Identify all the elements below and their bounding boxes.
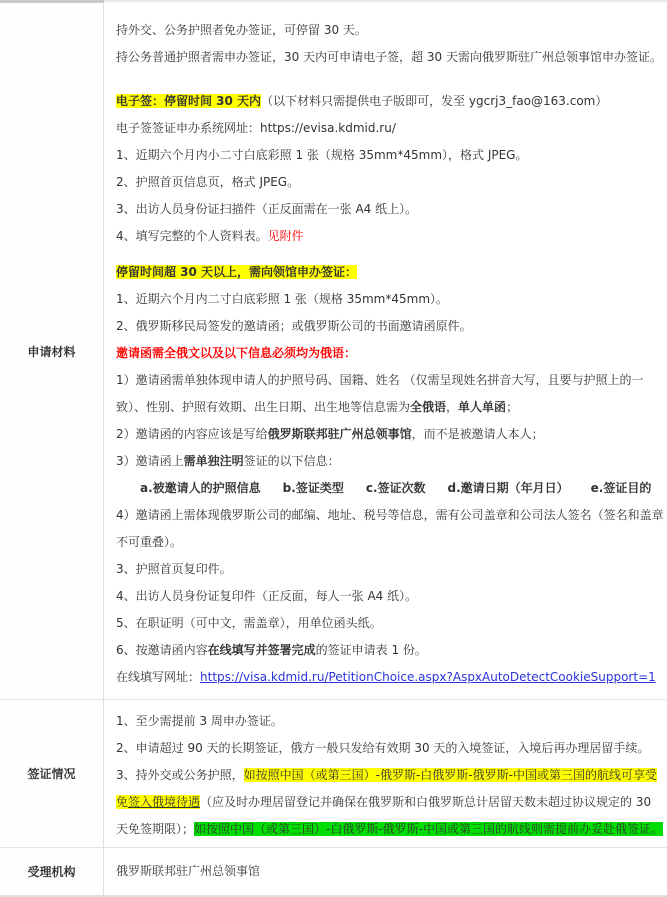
intro-line-2: 持公务普通护照者需申办签证，30 天内可申请电子签，超 30 天需向俄罗斯驻广州…	[116, 44, 665, 71]
consulate-item-1: 1、近期六个月内二寸白底彩照 1 张（规格 35mm*45mm）。	[116, 286, 665, 313]
consulate-item-2: 2、俄罗斯移民局签发的邀请函；或俄罗斯公司的书面邀请函原件。	[116, 313, 665, 340]
visa-situation-content: 1、至少需提前 3 周申办签证。 2、申请超过 90 天的长期签证，俄方一般只发…	[104, 700, 667, 847]
invitation-rule-2: 2）邀请函的内容应该是写给俄罗斯联邦驻广州总领事馆，而不是被邀请人本人；	[116, 421, 665, 448]
sublist-item-c: c.签证次数	[366, 481, 426, 495]
invitation-rule-1: 1）邀请函需单独体现申请人的护照号码、国籍、姓名 （仅需呈现姓名拼音大写，且要与…	[116, 367, 665, 421]
yellow-route-highlight-underlined: 签入俄境待遇	[128, 795, 200, 809]
sublist-item-e: e.签证目的	[591, 481, 652, 495]
accepting-agency-content: 俄罗斯联邦驻广州总领事馆	[104, 848, 667, 895]
situation-item-3: 3、持外交或公务护照，如按照中国（或第三国）-俄罗斯-白俄罗斯-俄罗斯-中国或第…	[116, 762, 665, 843]
row-label-application-materials: 申请材料	[0, 3, 104, 699]
application-materials-content: 持外交、公务护照者免办签证，可停留 30 天。 持公务普通护照者需申办签证，30…	[104, 3, 667, 699]
consulate-heading-highlight: 停留时间超 30 天以上，需向领馆申办签证：	[116, 265, 357, 279]
evisa-item-1: 1、近期六个月内小二寸白底彩照 1 张（规格 35mm*45mm），格式 JPE…	[116, 142, 665, 169]
sublist-item-d: d.邀请日期（年月日）	[448, 481, 569, 495]
visa-info-table: 申请材料 持外交、公务护照者免办签证，可停留 30 天。 持公务普通护照者需申办…	[0, 0, 667, 897]
consulate-section-heading: 停留时间超 30 天以上，需向领馆申办签证：	[116, 259, 665, 286]
consulate-item-5: 5、在职证明（可中文，需盖章），用单位函头纸。	[116, 610, 665, 637]
invitation-letter-warning: 邀请函需全俄文以及以下信息必须均为俄语：	[116, 340, 665, 367]
invitation-rule-3-sublist: a.被邀请人的护照信息b.签证类型c.签证次数d.邀请日期（年月日）e.签证目的	[116, 475, 665, 502]
evisa-item-2: 2、护照首页信息页，格式 JPEG。	[116, 169, 665, 196]
consulate-item-4: 4、出访人员身份证复印件（正反面，每人一张 A4 纸）。	[116, 583, 665, 610]
sublist-item-a: a.被邀请人的护照信息	[140, 481, 261, 495]
intro-line-1: 持外交、公务护照者免办签证，可停留 30 天。	[116, 17, 665, 44]
evisa-item-4: 4、填写完整的个人资料表。见附件	[116, 223, 665, 250]
row-label-accepting-agency: 受理机构	[0, 848, 104, 895]
green-route-highlight: 如按照中国（或第三国）-白俄罗斯-俄罗斯-中国或第三国的航线则需提前办妥赴俄签证…	[194, 822, 663, 836]
consulate-item-6: 6、按邀请函内容在线填写并签署完成的签证申请表 1 份。	[116, 637, 665, 664]
evisa-system-url-line: 电子签签证申办系统网址：https://evisa.kdmid.ru/	[116, 115, 665, 142]
online-form-link[interactable]: https://visa.kdmid.ru/PetitionChoice.asp…	[200, 670, 656, 684]
invitation-rule-3: 3）邀请函上需单独注明签证的以下信息：	[116, 448, 665, 475]
invitation-rule-4: 4）邀请函上需体现俄罗斯公司的邮编、地址、税号等信息，需有公司盖章和公司法人签名…	[116, 502, 665, 556]
spacer	[116, 71, 665, 88]
top-border-right-segment	[104, 0, 667, 2]
see-attachment-note: 见附件	[268, 229, 304, 243]
row-label-visa-situation: 签证情况	[0, 700, 104, 847]
accepting-agency-name: 俄罗斯联邦驻广州总领事馆	[116, 858, 665, 885]
sublist-item-b: b.签证类型	[283, 481, 344, 495]
situation-item-2: 2、申请超过 90 天的长期签证，俄方一般只发给有效期 30 天的入境签证，入境…	[116, 735, 665, 762]
evisa-section-heading: 电子签：停留时间 30 天内（以下材料只需提供电子版即可，发至 ygcrj3_f…	[116, 88, 665, 115]
consulate-item-3: 3、护照首页复印件。	[116, 556, 665, 583]
evisa-item-3: 3、出访人员身份证扫描件（正反面需在一张 A4 纸上）。	[116, 196, 665, 223]
row-visa-situation: 签证情况 1、至少需提前 3 周申办签证。 2、申请超过 90 天的长期签证，俄…	[0, 700, 667, 848]
situation-item-1: 1、至少需提前 3 周申办签证。	[116, 708, 665, 735]
spacer	[116, 250, 665, 259]
online-form-url-line: 在线填写网址：https://visa.kdmid.ru/PetitionCho…	[116, 664, 665, 691]
evisa-heading-highlight: 电子签：停留时间 30 天内	[116, 94, 261, 108]
row-application-materials: 申请材料 持外交、公务护照者免办签证，可停留 30 天。 持公务普通护照者需申办…	[0, 3, 667, 700]
